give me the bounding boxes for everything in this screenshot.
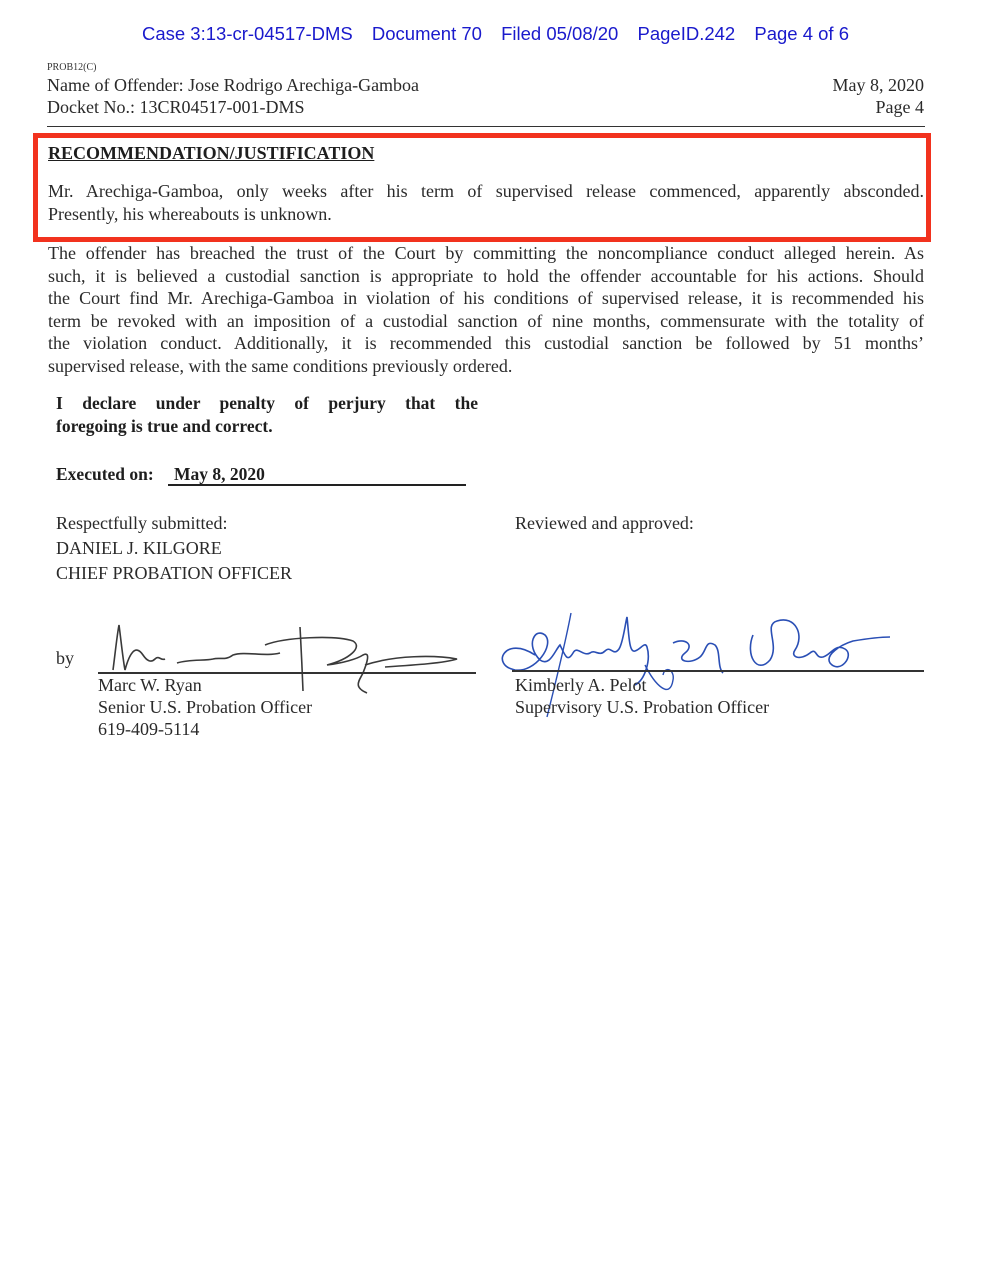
ecf-header: Case 3:13-cr-04517-DMS Document 70 Filed… xyxy=(0,23,991,45)
ryan-signature-line xyxy=(98,672,476,674)
chief-officer-title: CHIEF PROBATION OFFICER xyxy=(56,563,292,584)
perjury-declaration: I declare under penalty of perjury that … xyxy=(56,392,478,438)
form-code: PROB12(C) xyxy=(47,62,96,73)
docket-number: Docket No.: 13CR04517-001-DMS xyxy=(47,97,305,118)
submitted-label: Respectfully submitted: xyxy=(56,513,227,534)
executed-on-underline xyxy=(168,484,466,486)
ecf-filed-date: Filed 05/08/20 xyxy=(501,23,618,44)
header-divider xyxy=(47,126,925,127)
header-page: Page 4 xyxy=(876,97,925,118)
executed-on-date: May 8, 2020 xyxy=(174,464,265,485)
ecf-case-number: Case 3:13-cr-04517-DMS xyxy=(142,23,353,44)
chief-officer-name: DANIEL J. KILGORE xyxy=(56,538,222,559)
section-title: RECOMMENDATION/JUSTIFICATION xyxy=(48,143,374,164)
officer-name: Marc W. Ryan xyxy=(98,675,202,696)
paragraph-line: the violation conduct. Additionally, it … xyxy=(48,332,924,355)
paragraph-line: term be revoked with an imposition of a … xyxy=(48,310,924,333)
ecf-document-number: Document 70 xyxy=(372,23,482,44)
executed-on-label: Executed on: xyxy=(56,464,154,485)
paragraph-line: such, it is believed a custodial sanctio… xyxy=(48,265,924,288)
paragraph-line: the Court find Mr. Arechiga-Gamboa in vi… xyxy=(48,287,924,310)
approver-title: Supervisory U.S. Probation Officer xyxy=(515,697,769,718)
officer-title: Senior U.S. Probation Officer xyxy=(98,697,312,718)
officer-phone: 619-409-5114 xyxy=(98,719,199,740)
declaration-line: I declare under penalty of perjury that … xyxy=(56,392,478,415)
ecf-page-id: PageID.242 xyxy=(638,23,736,44)
paragraph-line: supervised release, with the same condit… xyxy=(48,355,924,378)
paragraph-line: Mr. Arechiga-Gamboa, only weeks after hi… xyxy=(48,180,924,203)
header-date: May 8, 2020 xyxy=(833,75,925,96)
ecf-page-count: Page 4 of 6 xyxy=(754,23,849,44)
paragraph-line: The offender has breached the trust of t… xyxy=(48,242,924,265)
declaration-line: foregoing is true and correct. xyxy=(56,415,478,438)
offender-name: Name of Offender: Jose Rodrigo Arechiga-… xyxy=(47,75,419,96)
approver-name: Kimberly A. Pelot xyxy=(515,675,647,696)
paragraph-absconded: Mr. Arechiga-Gamboa, only weeks after hi… xyxy=(48,180,924,225)
approved-label: Reviewed and approved: xyxy=(515,513,694,534)
by-label: by xyxy=(56,648,74,669)
paragraph-recommendation: The offender has breached the trust of t… xyxy=(48,242,924,378)
paragraph-line: Presently, his whereabouts is unknown. xyxy=(48,203,924,226)
pelot-signature-line xyxy=(512,670,924,672)
